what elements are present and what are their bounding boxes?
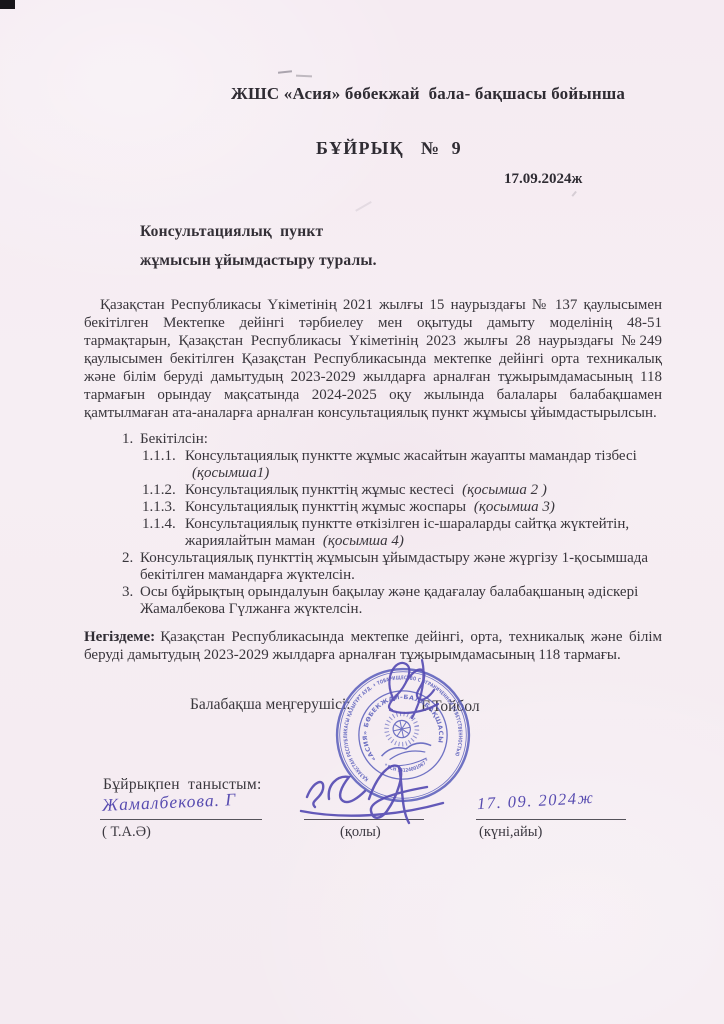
scanned-order-page: ЖШС «Асия» бөбекжай бала- бақшасы бойынш… bbox=[0, 0, 724, 1024]
order-title: БҰЙРЫҚ № 9 bbox=[316, 138, 462, 159]
name-underline bbox=[100, 819, 262, 820]
handwritten-name: Жамалбекова. Г bbox=[102, 789, 237, 816]
sub-item-note: (қосымша 4) bbox=[323, 533, 404, 549]
scan-smudge bbox=[296, 75, 312, 78]
sub-list-item-3: 1.1.3. Консультациялық пункттің жұмыс жо… bbox=[84, 499, 662, 516]
basis-label: Негіздеме: bbox=[84, 629, 155, 645]
sub-item-note: (қосымша 3) bbox=[474, 499, 555, 515]
list-marker: 1.1.4. bbox=[142, 516, 176, 533]
scan-smudge bbox=[571, 191, 584, 203]
list-item-2: 2. Консультациялық пункттің жұмысын ұйым… bbox=[84, 550, 662, 584]
order-date: 17.09.2024ж bbox=[504, 171, 582, 188]
list-marker: 1.1.2. bbox=[142, 482, 176, 499]
subject-line-1: Консультациялық пункт bbox=[140, 223, 323, 241]
scan-smudge bbox=[278, 70, 292, 73]
list-marker: 3. bbox=[122, 584, 133, 601]
list-marker: 1.1.3. bbox=[142, 499, 176, 516]
sub-item-note: (қосымша 2 ) bbox=[462, 482, 547, 498]
sub-list-item-2: 1.1.2. Консультациялық пункттің жұмыс ке… bbox=[84, 482, 662, 499]
scan-smudge bbox=[350, 192, 372, 211]
list-item-1: 1. Бекітілсін: bbox=[84, 431, 662, 448]
sub-item-note: (қосымша1) bbox=[192, 465, 662, 482]
list-marker: 1.1.1. bbox=[142, 448, 176, 465]
date-caption: (күні,айы) bbox=[479, 824, 542, 841]
handwritten-date: 17. 09. 2024ж bbox=[477, 788, 595, 814]
sub-list-item-1: 1.1.1. Консультациялық пунктте жұмыс жас… bbox=[84, 448, 662, 482]
list-marker: 1. bbox=[122, 431, 133, 448]
subject-line-2: жұмысын ұйымдастыру туралы. bbox=[140, 252, 377, 270]
decree-list: 1. Бекітілсін: 1.1.1. Консультациялық пу… bbox=[84, 431, 662, 618]
list-item-3: 3. Осы бұйрықтың орындалуын бақылау және… bbox=[84, 584, 662, 618]
sub-list-item-4: 1.1.4. Консультациялық пунктте өткізілге… bbox=[84, 516, 662, 550]
list-item-text: Осы бұйрықтың орындалуын бақылау және қа… bbox=[140, 584, 638, 617]
sub-item-text: Консультациялық пункттің жұмыс кестесі bbox=[185, 482, 454, 498]
sub-item-text: Консультациялық пункттің жұмыс жоспары bbox=[185, 499, 466, 515]
sub-item-text: Консультациялық пунктте жұмыс жасайтын ж… bbox=[185, 448, 637, 464]
sub-item-text: Консультациялық пунктте өткізілген іс-ша… bbox=[185, 516, 629, 549]
header-title: ЖШС «Асия» бөбекжай бала- бақшасы бойынш… bbox=[231, 84, 625, 104]
name-caption: ( Т.А.Ә) bbox=[102, 824, 151, 841]
list-item-text: Бекітілсін: bbox=[140, 431, 208, 447]
list-marker: 2. bbox=[122, 550, 133, 567]
date-underline bbox=[476, 819, 626, 820]
document-body: Қазақстан Республикасы Үкіметінің 2021 ж… bbox=[84, 296, 662, 664]
director-signature-handwriting bbox=[372, 652, 458, 728]
list-item-text: Консультациялық пункттің жұмысын ұйымдас… bbox=[140, 550, 648, 583]
body-paragraph: Қазақстан Республикасы Үкіметінің 2021 ж… bbox=[84, 296, 662, 422]
scan-artifact-corner bbox=[0, 0, 15, 9]
handwritten-signature bbox=[293, 745, 453, 837]
director-row-label: Балабақша меңгерушісі: bbox=[190, 696, 351, 714]
